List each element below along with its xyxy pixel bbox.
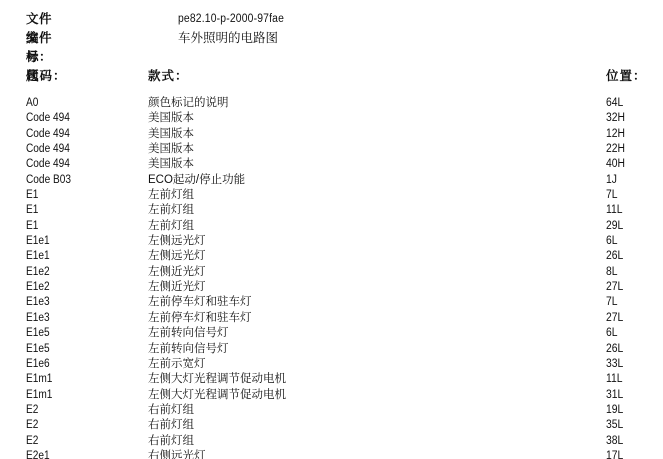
- table-row: E2e1右侧远光灯17L: [0, 449, 663, 459]
- cell-code: Code 494: [26, 142, 70, 157]
- cell-code: E1e2: [26, 280, 50, 295]
- cell-position: 26L: [606, 249, 623, 264]
- table-row: E1e3左前停车灯和驻车灯7L: [0, 295, 663, 310]
- cell-position: 7L: [606, 188, 618, 203]
- cell-code: E1e3: [26, 311, 50, 326]
- cell-code: E1e6: [26, 357, 50, 372]
- cell-position: 8L: [606, 265, 618, 280]
- table-row: E1e2左侧近光灯27L: [0, 280, 663, 295]
- cell-position: 11L: [606, 203, 623, 218]
- cell-style: 左侧近光灯: [148, 280, 206, 295]
- cell-position: 64L: [606, 96, 623, 111]
- cell-code: E1e1: [26, 234, 50, 249]
- table-row: E2右前灯组35L: [0, 418, 663, 433]
- cell-position: 38L: [606, 434, 623, 449]
- table-row: E1左前灯组7L: [0, 188, 663, 203]
- cell-style: 颜色标记的说明: [148, 96, 229, 111]
- table-row: E1左前灯组11L: [0, 203, 663, 218]
- table-row: Code 494美国版本32H: [0, 111, 663, 126]
- cell-position: 27L: [606, 280, 623, 295]
- cell-code: Code 494: [26, 111, 70, 126]
- table-row: Code 494美国版本40H: [0, 157, 663, 172]
- cell-position: 31L: [606, 388, 623, 403]
- cell-code: E1: [26, 219, 38, 234]
- cell-style: 左前停车灯和驻车灯: [148, 295, 252, 310]
- table-row: E1e6左前示宽灯33L: [0, 357, 663, 372]
- cell-code: E1: [26, 203, 38, 218]
- cell-position: 6L: [606, 326, 618, 341]
- cell-position: 40H: [606, 157, 625, 172]
- cell-position: 29L: [606, 219, 623, 234]
- cell-style: 左前停车灯和驻车灯: [148, 311, 252, 326]
- table-header: 代码： 款式： 位置：: [0, 67, 663, 85]
- cell-code: E2e1: [26, 449, 50, 459]
- cell-position: 11L: [606, 372, 623, 387]
- cell-position: 35L: [606, 418, 623, 433]
- cell-code: E1m1: [26, 372, 52, 387]
- table-row: Code 494美国版本22H: [0, 142, 663, 157]
- table-row: Code B03ECO起动/停止功能1J: [0, 173, 663, 188]
- cell-code: E2: [26, 434, 38, 449]
- cell-code: E2: [26, 403, 38, 418]
- cell-code: Code B03: [26, 173, 71, 188]
- cell-position: 6L: [606, 234, 618, 249]
- cell-position: 22H: [606, 142, 625, 157]
- table-row: E1e1左侧远光灯6L: [0, 234, 663, 249]
- cell-position: 17L: [606, 449, 623, 459]
- cell-position: 27L: [606, 311, 623, 326]
- cell-style: 左前灯组: [148, 219, 194, 234]
- cell-code: E2: [26, 418, 38, 433]
- cell-style: 左侧远光灯: [148, 249, 206, 264]
- cell-style: 左侧近光灯: [148, 265, 206, 280]
- table-row: E2右前灯组19L: [0, 403, 663, 418]
- cell-style: 左侧大灯光程调节促动电机: [148, 388, 286, 403]
- cell-position: 12H: [606, 127, 625, 142]
- cell-position: 26L: [606, 342, 623, 357]
- cell-style: 右前灯组: [148, 418, 194, 433]
- cell-position: 1J: [606, 173, 617, 188]
- cell-code: Code 494: [26, 157, 70, 172]
- column-header-position: 位置：: [606, 67, 647, 85]
- file-title-value: 车外照明的电路图: [178, 29, 278, 48]
- cell-code: Code 494: [26, 127, 70, 142]
- cell-code: E1e3: [26, 295, 50, 310]
- table-row: Code 494美国版本12H: [0, 127, 663, 142]
- cell-style: 左前灯组: [148, 203, 194, 218]
- cell-code: E1e5: [26, 342, 50, 357]
- cell-code: E1e2: [26, 265, 50, 280]
- cell-code: A0: [26, 96, 38, 111]
- cell-style: 右前灯组: [148, 434, 194, 449]
- table-row: A0颜色标记的说明64L: [0, 96, 663, 111]
- cell-code: E1e5: [26, 326, 50, 341]
- cell-style: 右侧远光灯: [148, 449, 206, 459]
- table-row: E1左前灯组29L: [0, 219, 663, 234]
- cell-style: 左前转向信号灯: [148, 342, 229, 357]
- cell-style: 左侧大灯光程调节促动电机: [148, 372, 286, 387]
- cell-style: 美国版本: [148, 157, 194, 172]
- table-row: E1e1左侧远光灯26L: [0, 249, 663, 264]
- cell-code: E1m1: [26, 388, 52, 403]
- cell-position: 19L: [606, 403, 623, 418]
- table-row: E1e5左前转向信号灯6L: [0, 326, 663, 341]
- table-row: E1m1左侧大灯光程调节促动电机11L: [0, 372, 663, 387]
- table-row: E1e5左前转向信号灯26L: [0, 342, 663, 357]
- column-header-code: 代码：: [26, 67, 67, 85]
- cell-code: E1: [26, 188, 38, 203]
- cell-style: ECO起动/停止功能: [148, 173, 245, 188]
- table-row: E1e3左前停车灯和驻车灯27L: [0, 311, 663, 326]
- table-row: E2右前灯组38L: [0, 434, 663, 449]
- cell-style: 美国版本: [148, 111, 194, 126]
- cell-style: 左前转向信号灯: [148, 326, 229, 341]
- cell-position: 32H: [606, 111, 625, 126]
- cell-position: 33L: [606, 357, 623, 372]
- file-number-value: pe82.10-p-2000-97fae: [178, 10, 284, 29]
- cell-style: 美国版本: [148, 127, 194, 142]
- cell-style: 美国版本: [148, 142, 194, 157]
- cell-style: 左侧远光灯: [148, 234, 206, 249]
- table-row: E1e2左侧近光灯8L: [0, 265, 663, 280]
- cell-style: 左前灯组: [148, 188, 194, 203]
- column-header-style: 款式：: [148, 67, 189, 85]
- cell-style: 右前灯组: [148, 403, 194, 418]
- cell-style: 左前示宽灯: [148, 357, 206, 372]
- cell-position: 7L: [606, 295, 618, 310]
- table-row: E1m1左侧大灯光程调节促动电机31L: [0, 388, 663, 403]
- component-table: A0颜色标记的说明64L Code 494美国版本32H Code 494美国版…: [0, 96, 663, 459]
- cell-code: E1e1: [26, 249, 50, 264]
